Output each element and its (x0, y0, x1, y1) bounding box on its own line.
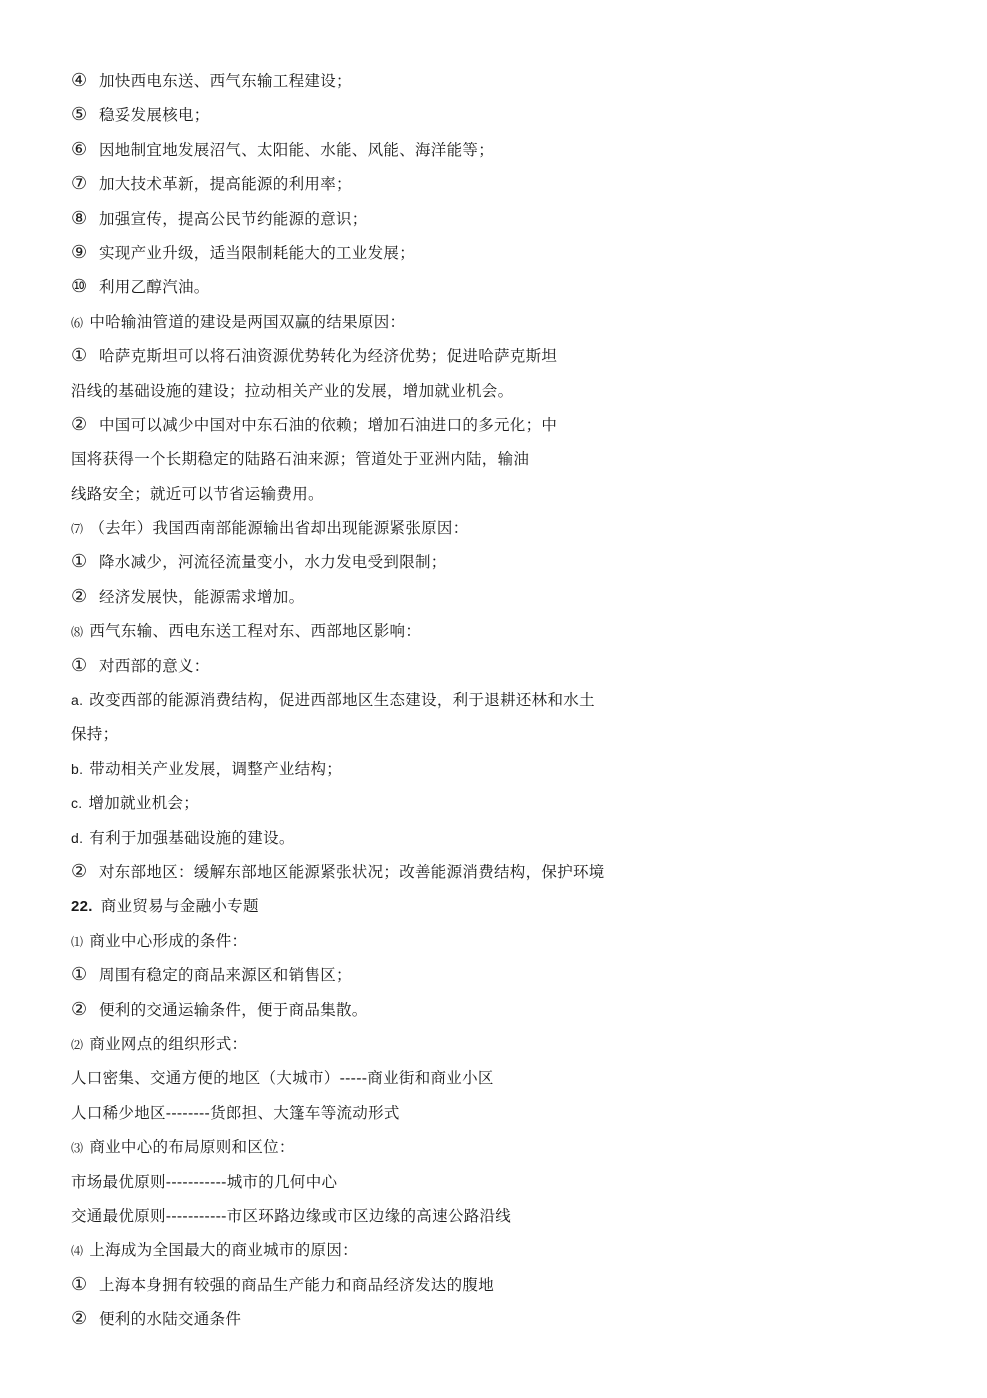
line-text: 因地制宜地发展沼气、太阳能、水能、风能、海洋能等； (99, 141, 494, 159)
list-marker: ⑩ (71, 270, 91, 304)
line-text: 国将获得一个长期稳定的陆路石油来源；管道处于亚洲内陆，输油 (71, 450, 529, 468)
line-text: 稳妥发展核电； (99, 106, 210, 124)
text-line: ⑧加强宣传，提高公民节约能源的意识； (71, 202, 951, 236)
text-line: ②便利的交通运输条件，便于商品集散。 (71, 993, 951, 1027)
text-line: ①对西部的意义： (71, 649, 951, 683)
list-marker: ⑷ (71, 1234, 83, 1268)
line-text: 改变西部的能源消费结构，促进西部地区生态建设，利于退耕还林和水土 (89, 691, 595, 709)
line-text: 对西部的意义： (99, 657, 210, 675)
list-marker: ① (71, 958, 91, 992)
line-text: 商业贸易与金融小专题 (101, 897, 259, 915)
line-text: 对东部地区：缓解东部地区能源紧张状况；改善能源消费结构，保护环境 (99, 863, 605, 881)
text-line: ⑩利用乙醇汽油。 (71, 270, 951, 304)
line-text: 中国可以减少中国对中东石油的依赖；增加石油进口的多元化；中 (99, 416, 557, 434)
line-text: 加大技术革新，提高能源的利用率； (99, 175, 352, 193)
list-marker: ④ (71, 64, 91, 98)
line-text: （去年）我国西南部能源输出省却出现能源紧张原因： (89, 519, 468, 537)
line-text: 增加就业机会； (89, 794, 200, 812)
list-marker: ⑶ (71, 1131, 83, 1165)
line-text: 便利的交通运输条件，便于商品集散。 (99, 1001, 368, 1019)
list-marker: ⑤ (71, 98, 91, 132)
text-line: ⑶商业中心的布局原则和区位： (71, 1130, 951, 1164)
list-marker: ⑧ (71, 202, 91, 236)
text-line: ⑤稳妥发展核电； (71, 98, 951, 132)
list-marker: a. (71, 692, 83, 708)
text-line: ④加快西电东送、西气东输工程建设； (71, 64, 951, 98)
text-line: ⑥因地制宜地发展沼气、太阳能、水能、风能、海洋能等； (71, 133, 951, 167)
text-line: 线路安全；就近可以节省运输费用。 (71, 477, 951, 511)
line-text: 带动相关产业发展，调整产业结构； (89, 760, 342, 778)
line-text: 实现产业升级，适当限制耗能大的工业发展； (99, 244, 415, 262)
line-text: 交通最优原则-----------市区环路边缘或市区边缘的高速公路沿线 (71, 1207, 511, 1225)
list-marker: ⑥ (71, 133, 91, 167)
list-marker: ② (71, 993, 91, 1027)
line-text: 人口密集、交通方便的地区（大城市）-----商业街和商业小区 (71, 1069, 494, 1087)
line-text: 降水减少，河流径流量变小，水力发电受到限制； (99, 553, 447, 571)
text-line: 国将获得一个长期稳定的陆路石油来源；管道处于亚洲内陆，输油 (71, 442, 951, 476)
text-line: ②经济发展快，能源需求增加。 (71, 580, 951, 614)
list-marker: ⑹ (71, 306, 83, 340)
line-text: 加强宣传，提高公民节约能源的意识； (99, 210, 368, 228)
list-marker: ⑦ (71, 167, 91, 201)
line-text: 商业中心形成的条件： (89, 932, 247, 950)
list-marker: 22. (71, 898, 93, 915)
line-text: 商业中心的布局原则和区位： (89, 1138, 294, 1156)
line-text: 上海成为全国最大的商业城市的原因： (89, 1241, 358, 1259)
text-line: ⑺（去年）我国西南部能源输出省却出现能源紧张原因： (71, 511, 951, 545)
line-text: 加快西电东送、西气东输工程建设； (99, 72, 352, 90)
list-marker: c. (71, 795, 83, 811)
list-marker: b. (71, 761, 83, 777)
text-line: 保持； (71, 717, 951, 751)
text-line: 人口稀少地区--------货郎担、大篷车等流动形式 (71, 1096, 951, 1130)
text-line: ⑷上海成为全国最大的商业城市的原因： (71, 1233, 951, 1267)
text-line: ②中国可以减少中国对中东石油的依赖；增加石油进口的多元化；中 (71, 408, 951, 442)
text-line: ⑨实现产业升级，适当限制耗能大的工业发展； (71, 236, 951, 270)
line-text: 市场最优原则-----------城市的几何中心 (71, 1173, 337, 1191)
text-line: ⑵商业网点的组织形式： (71, 1027, 951, 1061)
text-line: ①周围有稳定的商品来源区和销售区； (71, 958, 951, 992)
line-text: 人口稀少地区--------货郎担、大篷车等流动形式 (71, 1104, 400, 1122)
list-marker: ⑵ (71, 1028, 83, 1062)
text-line: ①降水减少，河流径流量变小，水力发电受到限制； (71, 545, 951, 579)
text-line: b.带动相关产业发展，调整产业结构； (71, 752, 951, 786)
line-text: 周围有稳定的商品来源区和销售区； (99, 966, 352, 984)
line-text: 中哈输油管道的建设是两国双赢的结果原因： (89, 313, 405, 331)
line-text: 保持； (71, 725, 118, 743)
text-line: ①哈萨克斯坦可以将石油资源优势转化为经济优势；促进哈萨克斯坦 (71, 339, 951, 373)
document-page: ④加快西电东送、西气东输工程建设；⑤稳妥发展核电；⑥因地制宜地发展沼气、太阳能、… (71, 64, 951, 1336)
text-line: ②便利的水陆交通条件 (71, 1302, 951, 1336)
line-text: 上海本身拥有较强的商品生产能力和商品经济发达的腹地 (99, 1276, 494, 1294)
list-marker: d. (71, 830, 83, 846)
line-text: 西气东输、西电东送工程对东、西部地区影响： (89, 622, 421, 640)
text-line: ⑴商业中心形成的条件： (71, 924, 951, 958)
list-marker: ② (71, 855, 91, 889)
line-text: 利用乙醇汽油。 (99, 278, 210, 296)
text-line: 市场最优原则-----------城市的几何中心 (71, 1165, 951, 1199)
section-heading: 22.商业贸易与金融小专题 (71, 889, 951, 923)
list-marker: ② (71, 408, 91, 442)
text-line: ②对东部地区：缓解东部地区能源紧张状况；改善能源消费结构，保护环境 (71, 855, 951, 889)
text-line: 沿线的基础设施的建设；拉动相关产业的发展，增加就业机会。 (71, 374, 951, 408)
text-line: 交通最优原则-----------市区环路边缘或市区边缘的高速公路沿线 (71, 1199, 951, 1233)
line-text: 便利的水陆交通条件 (99, 1310, 241, 1328)
list-marker: ② (71, 1302, 91, 1336)
list-marker: ① (71, 339, 91, 373)
text-line: c.增加就业机会； (71, 786, 951, 820)
text-line: ①上海本身拥有较强的商品生产能力和商品经济发达的腹地 (71, 1268, 951, 1302)
list-marker: ⑺ (71, 512, 83, 546)
text-line: ⑦加大技术革新，提高能源的利用率； (71, 167, 951, 201)
text-line: ⑻西气东输、西电东送工程对东、西部地区影响： (71, 614, 951, 648)
list-marker: ① (71, 649, 91, 683)
text-line: ⑹中哈输油管道的建设是两国双赢的结果原因： (71, 305, 951, 339)
line-text: 经济发展快，能源需求增加。 (99, 588, 304, 606)
list-marker: ① (71, 1268, 91, 1302)
text-line: 人口密集、交通方便的地区（大城市）-----商业街和商业小区 (71, 1061, 951, 1095)
line-text: 沿线的基础设施的建设；拉动相关产业的发展，增加就业机会。 (71, 382, 513, 400)
list-marker: ⑴ (71, 925, 83, 959)
list-marker: ⑻ (71, 615, 83, 649)
list-marker: ① (71, 545, 91, 579)
text-line: d.有利于加强基础设施的建设。 (71, 821, 951, 855)
line-text: 线路安全；就近可以节省运输费用。 (71, 485, 324, 503)
list-marker: ② (71, 580, 91, 614)
text-line: a.改变西部的能源消费结构，促进西部地区生态建设，利于退耕还林和水土 (71, 683, 951, 717)
line-text: 哈萨克斯坦可以将石油资源优势转化为经济优势；促进哈萨克斯坦 (99, 347, 557, 365)
line-text: 有利于加强基础设施的建设。 (89, 829, 294, 847)
line-text: 商业网点的组织形式： (89, 1035, 247, 1053)
list-marker: ⑨ (71, 236, 91, 270)
